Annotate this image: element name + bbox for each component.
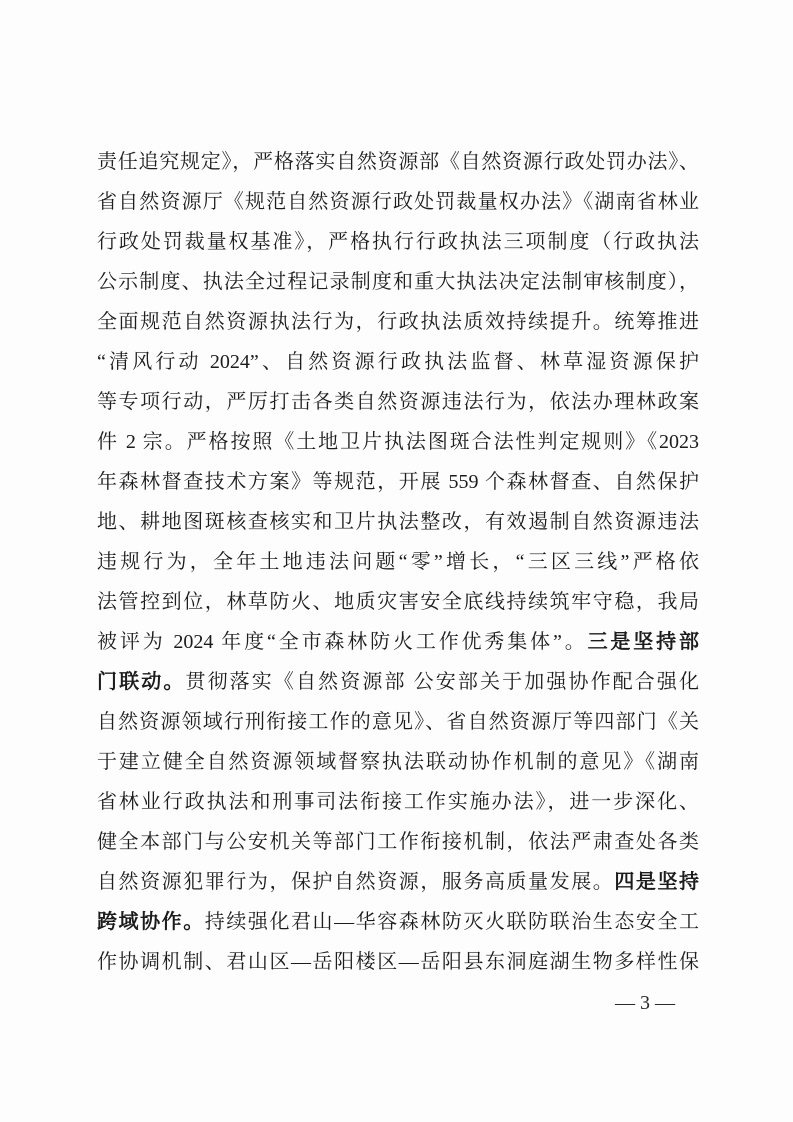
text-line: “清风行动 2024”、自然资源行政执法监督、林草湿资源保护 <box>97 342 699 382</box>
text-line: 省林业行政执法和刑事司法衔接工作实施办法》，进一步深化、 <box>97 782 699 822</box>
text-segment: 作协调机制、君山区—岳阳楼区—岳阳县东洞庭湖生物多样性保 <box>97 951 699 973</box>
text-line: 年森林督查技术方案》等规范，开展 559 个森林督查、自然保护 <box>97 462 699 502</box>
text-line: 地、耕地图斑核查核实和卫片执法整改，有效遏制自然资源违法 <box>97 502 699 542</box>
text-line: 全面规范自然资源执法行为，行政执法质效持续提升。统筹推进 <box>97 302 699 342</box>
text-segment: 违规行为，全年土地违法问题“零”增长，“三区三线”严格依 <box>97 551 699 573</box>
text-line: 作协调机制、君山区—岳阳楼区—岳阳县东洞庭湖生物多样性保 <box>97 942 699 982</box>
text-line: 责任追究规定》，严格落实自然资源部《自然资源行政处罚办法》、 <box>97 142 699 182</box>
text-segment: 法管控到位，林草防火、地质灾害安全底线持续筑牢守稳，我局 <box>97 591 699 613</box>
text-segment: “清风行动 2024”、自然资源行政执法监督、林草湿资源保护 <box>97 351 699 373</box>
text-segment: 全面规范自然资源执法行为，行政执法质效持续提升。统筹推进 <box>97 311 699 333</box>
bold-heading-segment: 门联动。 <box>97 671 185 693</box>
text-line: 健全本部门与公安机关等部门工作衔接机制，依法严肃查处各类 <box>97 822 699 862</box>
text-line: 公示制度、执法全过程记录制度和重大执法决定法制审核制度）， <box>97 262 699 302</box>
text-segment: 省自然资源厅《规范自然资源行政处罚裁量权办法》《湖南省林业 <box>97 191 699 213</box>
text-line: 门联动。贯彻落实《自然资源部 公安部关于加强协作配合强化 <box>97 662 699 702</box>
document-page: 责任追究规定》，严格落实自然资源部《自然资源行政处罚办法》、省自然资源厅《规范自… <box>0 0 793 1122</box>
text-line: 自然资源犯罪行为，保护自然资源，服务高质量发展。四是坚持 <box>97 862 699 902</box>
text-line: 省自然资源厅《规范自然资源行政处罚裁量权办法》《湖南省林业 <box>97 182 699 222</box>
text-segment: 公示制度、执法全过程记录制度和重大执法决定法制审核制度）， <box>97 271 699 293</box>
text-segment: 自然资源领域行刑衔接工作的意见》、省自然资源厅等四部门《关 <box>97 711 699 733</box>
text-line: 被评为 2024 年度“全市森林防火工作优秀集体”。三是坚持部 <box>97 622 699 662</box>
bold-heading-segment: 三是坚持部 <box>588 631 699 653</box>
text-line: 自然资源领域行刑衔接工作的意见》、省自然资源厅等四部门《关 <box>97 702 699 742</box>
page-number: — 3 — <box>615 983 675 1023</box>
text-segment: 自然资源犯罪行为，保护自然资源，服务高质量发展。 <box>97 871 614 893</box>
text-line: 件 2 宗。严格按照《土地卫片执法图斑合法性判定规则》《2023 <box>97 422 699 462</box>
text-segment: 责任追究规定》，严格落实自然资源部《自然资源行政处罚办法》、 <box>97 151 699 173</box>
text-segment: 省林业行政执法和刑事司法衔接工作实施办法》，进一步深化、 <box>97 791 699 813</box>
bold-heading-segment: 四是坚持 <box>614 871 699 893</box>
text-line: 等专项行动，严厉打击各类自然资源违法行为，依法办理林政案 <box>97 382 699 422</box>
body-text: 责任追究规定》，严格落实自然资源部《自然资源行政处罚办法》、省自然资源厅《规范自… <box>97 142 699 982</box>
bold-heading-segment: 跨域协作。 <box>97 911 205 933</box>
text-segment: 行政处罚裁量权基准》，严格执行行政执法三项制度（行政执法 <box>97 231 699 253</box>
text-line: 违规行为，全年土地违法问题“零”增长，“三区三线”严格依 <box>97 542 699 582</box>
text-line: 法管控到位，林草防火、地质灾害安全底线持续筑牢守稳，我局 <box>97 582 699 622</box>
text-segment: 地、耕地图斑核查核实和卫片执法整改，有效遏制自然资源违法 <box>97 511 699 533</box>
text-segment: 贯彻落实《自然资源部 公安部关于加强协作配合强化 <box>185 671 699 693</box>
text-segment: 持续强化君山—华容森林防灭火联防联治生态安全工 <box>205 911 699 933</box>
text-line: 行政处罚裁量权基准》，严格执行行政执法三项制度（行政执法 <box>97 222 699 262</box>
text-segment: 等专项行动，严厉打击各类自然资源违法行为，依法办理林政案 <box>97 391 699 413</box>
text-line: 于建立健全自然资源领域督察执法联动协作机制的意见》《湖南 <box>97 742 699 782</box>
text-segment: 健全本部门与公安机关等部门工作衔接机制，依法严肃查处各类 <box>97 831 699 853</box>
text-line: 跨域协作。持续强化君山—华容森林防灭火联防联治生态安全工 <box>97 902 699 942</box>
text-segment: 被评为 2024 年度“全市森林防火工作优秀集体”。 <box>97 631 588 653</box>
text-segment: 件 2 宗。严格按照《土地卫片执法图斑合法性判定规则》《2023 <box>97 431 699 453</box>
text-segment: 年森林督查技术方案》等规范，开展 559 个森林督查、自然保护 <box>97 471 699 493</box>
text-segment: 于建立健全自然资源领域督察执法联动协作机制的意见》《湖南 <box>97 751 699 773</box>
